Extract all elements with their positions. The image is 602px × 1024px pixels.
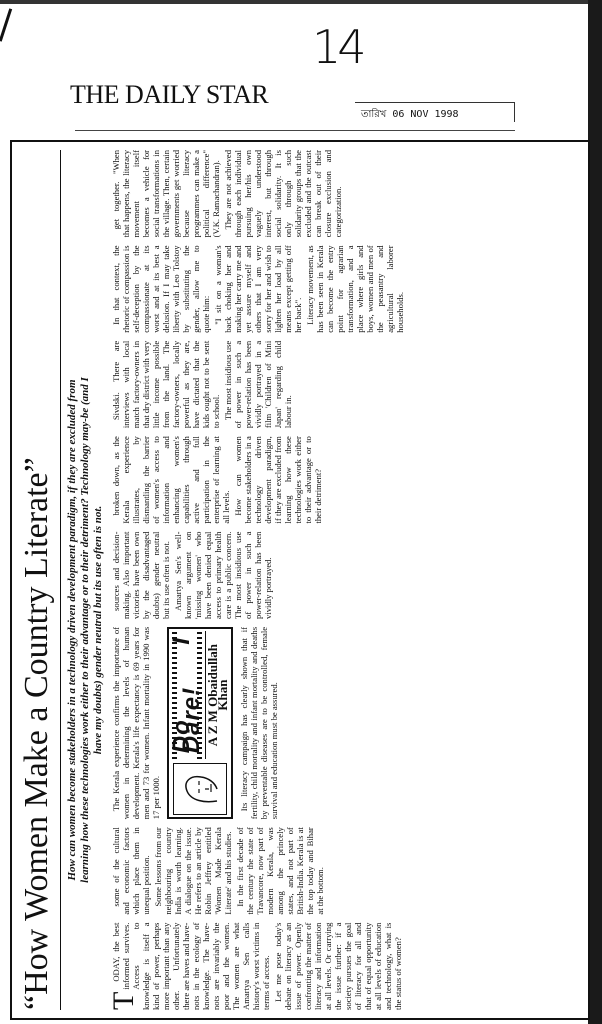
author-name: A Z M Obaidullah Khan	[205, 631, 228, 759]
header-rule	[75, 130, 515, 131]
paragraph: sources and decision-making. Also import…	[111, 532, 171, 619]
article-deck: How can women become stakeholders in a t…	[66, 370, 105, 890]
paragraph: The most insidious use of power in such …	[223, 341, 293, 428]
portrait-sketch-icon	[177, 767, 223, 811]
article-column-5: broken down, as the Kerala experience il…	[111, 436, 407, 523]
article-column-2: some of the cultural and economic factor…	[111, 827, 407, 914]
article-column-1: T ODAY, the best informed survives. Acce…	[111, 923, 407, 1010]
article-column-3: The Kerala experience confirms the impor…	[111, 627, 407, 819]
paragraph: In the first decade of the century the s…	[235, 827, 325, 914]
handwritten-page-number: 14	[312, 20, 363, 74]
paragraph: broken down, as the Kerala experience il…	[111, 436, 231, 523]
column-byline-box: Do I Dare! A Z M Obaidullah Khan	[167, 627, 233, 819]
article-column-8: get together. "When that happens, the li…	[111, 150, 407, 237]
paragraph: Its literacy campaign has clearly shown …	[239, 627, 279, 819]
column-title: Do I Dare!	[172, 631, 202, 759]
paragraph: They are not achieved through each indiv…	[223, 150, 343, 237]
article-columns: T ODAY, the best informed survives. Acce…	[111, 150, 407, 1010]
drop-cap: T	[111, 992, 137, 1010]
newspaper-masthead: THE DAILY STAR	[70, 80, 268, 110]
paragraph: Some lessons from our neighbouring count…	[153, 827, 233, 914]
paragraph: Amartya Sen's well-known argument on 'mi…	[173, 532, 273, 619]
pen-mark	[0, 8, 12, 41]
article-column-4: sources and decision-making. Also import…	[111, 532, 407, 619]
paragraph: Sivdski. There are interviews with local…	[111, 341, 221, 428]
paragraph: get together. "When that happens, the li…	[111, 150, 221, 237]
date-stamp: তারিখ 06 NOV 1998	[355, 102, 515, 122]
article-column-7: In that context, the rhetoric of compass…	[111, 245, 407, 332]
scan-edge-right	[588, 0, 602, 1024]
paragraph: Let me pose today's debate on literacy a…	[273, 923, 403, 1010]
paragraph: Literacy movement, as has been seen in K…	[305, 245, 405, 332]
article-headline: “How Women Make a Country Literate”	[16, 150, 61, 1010]
article-clipping: “How Women Make a Country Literate” How …	[10, 140, 590, 1020]
article-column-6: Sivdski. There are interviews with local…	[111, 341, 407, 428]
paragraph: In that context, the rhetoric of compass…	[111, 245, 211, 332]
scan-edge-top	[0, 0, 602, 4]
byline: Do I Dare! A Z M Obaidullah Khan	[172, 631, 228, 759]
article-body: “How Women Make a Country Literate” How …	[10, 140, 590, 1020]
author-portrait	[173, 763, 227, 815]
paragraph: How can women become stakeholders in a t…	[233, 436, 323, 523]
paragraph: The Kerala experience confirms the impor…	[111, 627, 161, 819]
paragraph: some of the cultural and economic factor…	[111, 827, 151, 914]
paragraph: "I sit on a woman's back choking her and…	[213, 245, 303, 332]
